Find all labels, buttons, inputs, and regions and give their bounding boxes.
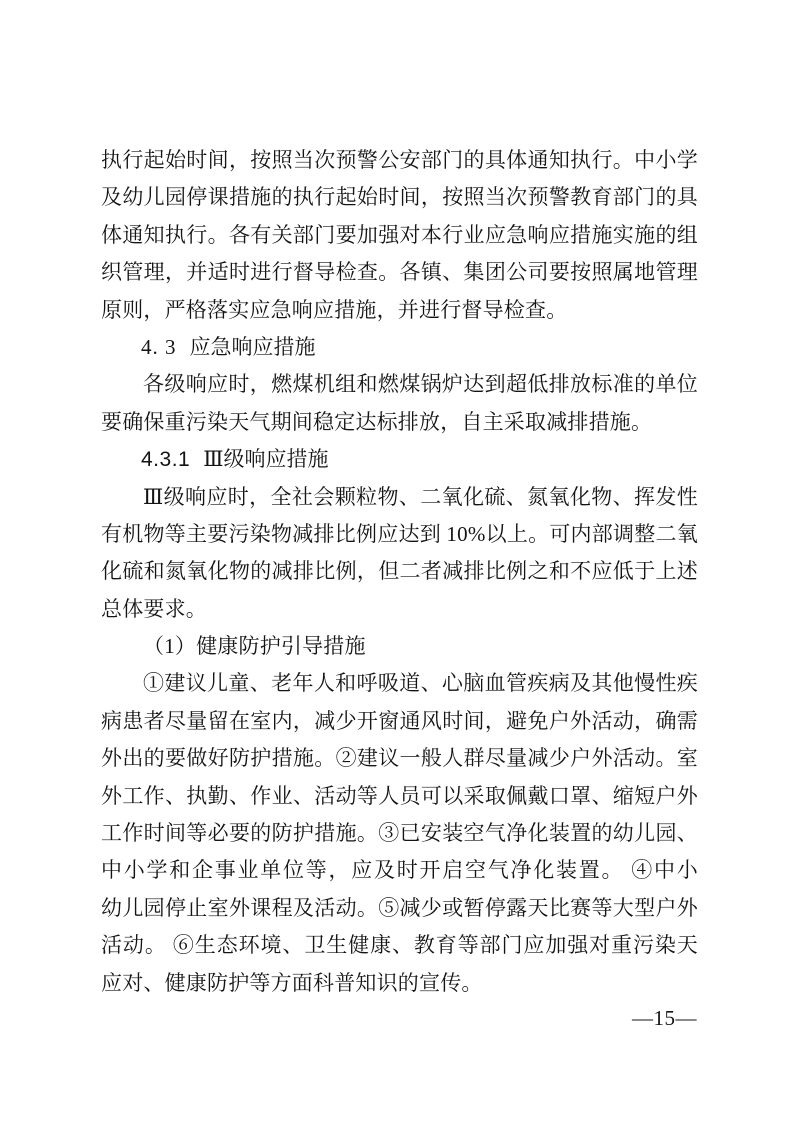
- body-line: ①建议儿童、老年人和呼吸道、心脑血管疾病及其他慢性疾: [101, 665, 698, 702]
- subsection-heading-4-3-1: 4.3.1Ⅲ级响应措施: [101, 441, 698, 478]
- document-page: 执行起始时间，按照当次预警公安部门的具体通知执行。中小学 及幼儿园停课措施的执行…: [0, 0, 793, 1122]
- body-line: 原则，严格落实应急响应措施，并进行督导检查。: [101, 292, 698, 329]
- body-line: 幼儿园停止室外课程及活动。⑤减少或暂停露天比赛等大型户外: [101, 890, 698, 927]
- body-line: 活动。 ⑥生态环境、卫生健康、教育等部门应加强对重污染天气: [101, 927, 698, 964]
- body-line: 化硫和氮氧化物的减排比例，但二者减排比例之和不应低于上述: [101, 553, 698, 590]
- body-line: 各级响应时，燃煤机组和燃煤锅炉达到超低排放标准的单位: [101, 366, 698, 403]
- body-line: 要确保重污染天气期间稳定达标排放，自主采取减排措施。: [101, 404, 698, 441]
- text-block: 执行起始时间，按照当次预警公安部门的具体通知执行。中小学 及幼儿园停课措施的执行…: [101, 142, 698, 1002]
- body-line: 及幼儿园停课措施的执行起始时间，按照当次预警教育部门的具: [101, 179, 698, 216]
- body-line: 应对、健康防护等方面科普知识的宣传。: [101, 965, 698, 1002]
- body-line: Ⅲ级响应时，全社会颗粒物、二氧化硫、氮氧化物、挥发性: [101, 479, 698, 516]
- body-line: 体通知执行。各有关部门要加强对本行业应急响应措施实施的组: [101, 217, 698, 254]
- body-line: 病患者尽量留在室内，减少开窗通风时间，避免户外活动，确需: [101, 703, 698, 740]
- body-line: 外出的要做好防护措施。②建议一般人群尽量减少户外活动。室: [101, 740, 698, 777]
- body-line: 中小学和企事业单位等，应及时开启空气净化装置。 ④中小学、: [101, 852, 698, 889]
- section-heading-title: 应急响应措施: [190, 335, 316, 359]
- list-heading-health-measures: （1）健康防护引导措施: [101, 628, 698, 665]
- body-line: 外工作、执勤、作业、活动等人员可以采取佩戴口罩、缩短户外: [101, 778, 698, 815]
- body-line: 总体要求。: [101, 591, 698, 628]
- body-line: 执行起始时间，按照当次预警公安部门的具体通知执行。中小学: [101, 142, 698, 179]
- subsection-heading-number: 4.3.1: [141, 448, 190, 471]
- body-line: 工作时间等必要的防护措施。③已安装空气净化装置的幼儿园、: [101, 815, 698, 852]
- section-heading-4-3: 4. 3应急响应措施: [101, 329, 698, 366]
- page-number: —15—: [632, 1006, 697, 1030]
- section-heading-number: 4. 3: [141, 335, 177, 359]
- subsection-heading-title: Ⅲ级响应措施: [203, 447, 328, 471]
- body-line: 织管理，并适时进行督导检查。各镇、集团公司要按照属地管理: [101, 254, 698, 291]
- body-line: 有机物等主要污染物减排比例应达到 10%以上。可内部调整二氧: [101, 516, 698, 553]
